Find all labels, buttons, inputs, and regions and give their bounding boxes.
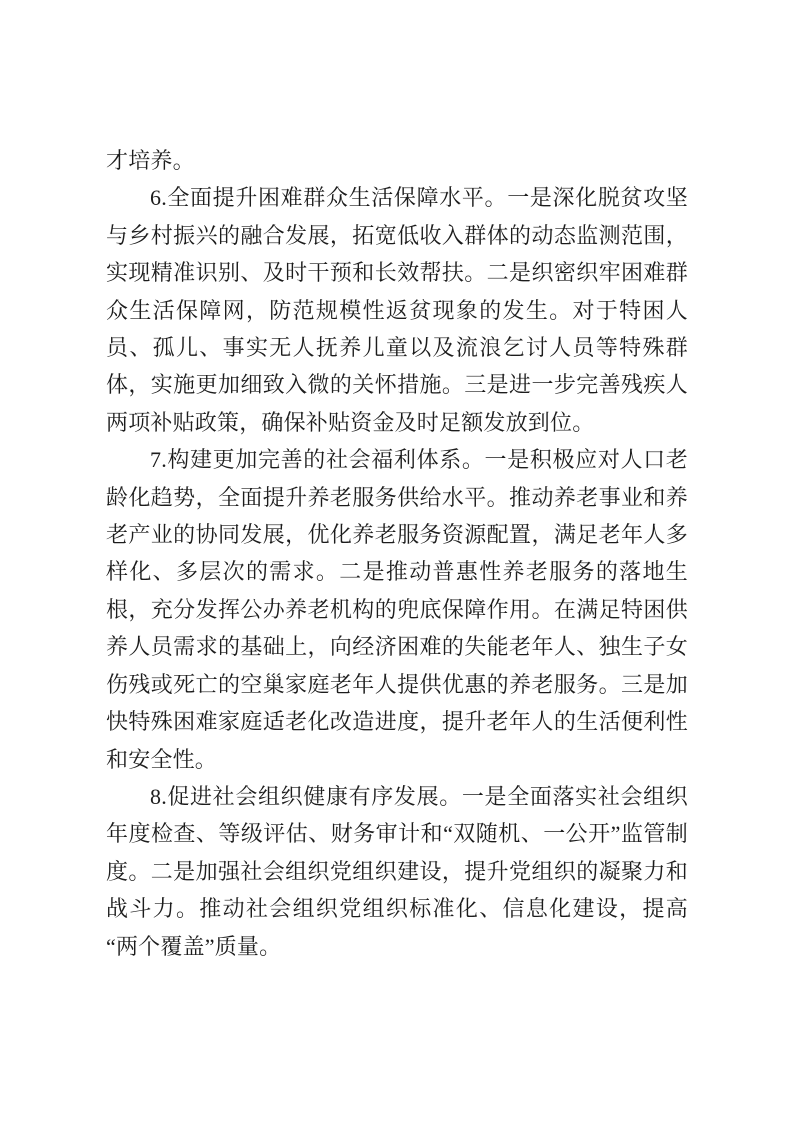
paragraph-item-6: 6.全面提升困难群众生活保障水平。一是深化脱贫攻坚与乡村振兴的融合发展，拓宽低收… <box>106 179 688 441</box>
paragraph-item-8: 8.促进社会组织健康有序发展。一是全面落实社会组织年度检查、等级评估、财务审计和… <box>106 778 688 965</box>
document-text-block: 才培养。 6.全面提升困难群众生活保障水平。一是深化脱贫攻坚与乡村振兴的融合发展… <box>106 142 688 965</box>
document-page: 才培养。 6.全面提升困难群众生活保障水平。一是深化脱贫攻坚与乡村振兴的融合发展… <box>0 0 792 1121</box>
paragraph-item-7: 7.构建更加完善的社会福利体系。一是积极应对人口老龄化趋势，全面提升养老服务供给… <box>106 441 688 778</box>
paragraph-continuation: 才培养。 <box>106 142 688 179</box>
